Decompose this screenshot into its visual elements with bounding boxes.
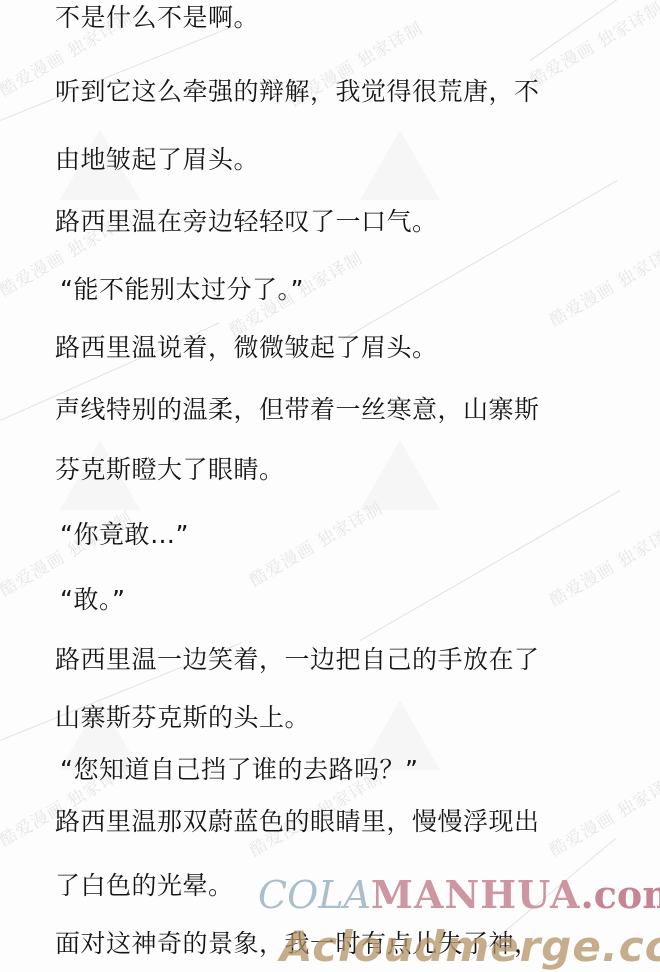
text-line: 了白色的光晕。 — [55, 871, 234, 901]
text-line: 面对这神奇的景象，我一时有点儿失了神， — [55, 929, 540, 959]
text-line: 声线特别的温柔，但带着一丝寒意，山寨斯 — [55, 395, 540, 425]
dialogue-line: “敢。” — [60, 585, 125, 615]
text-line: 芬克斯瞪大了眼睛。 — [55, 455, 285, 485]
text-line: 山寨斯芬克斯的头上。 — [55, 703, 310, 733]
comic-text-page: 酷爱漫画 独家译制 酷爱漫画 独家译制 酷爱漫画 独家译制 酷爱漫画 独家译制 … — [0, 0, 660, 972]
dialogue-line: “你竟敢…” — [60, 520, 189, 550]
text-line: 由地皱起了眉头。 — [55, 145, 259, 175]
text-line: 路西里温一边笑着，一边把自己的手放在了 — [55, 645, 540, 675]
dialogue-line: “您知道自己挡了谁的去路吗？” — [60, 755, 418, 785]
text-line: 听到它这么牵强的辩解，我觉得很荒唐，不 — [55, 77, 540, 107]
story-text-block: 不是什么不是啊。 听到它这么牵强的辩解，我觉得很荒唐，不 由地皱起了眉头。 路西… — [0, 0, 660, 972]
text-line: 路西里温说着，微微皱起了眉头。 — [55, 333, 438, 363]
text-line: 路西里温那双蔚蓝色的眼睛里，慢慢浮现出 — [55, 807, 540, 837]
text-line: 路西里温在旁边轻轻叹了一口气。 — [55, 207, 438, 237]
dialogue-line: “能不能别太过分了。” — [60, 275, 304, 305]
text-line: 不是什么不是啊。 — [55, 3, 259, 33]
